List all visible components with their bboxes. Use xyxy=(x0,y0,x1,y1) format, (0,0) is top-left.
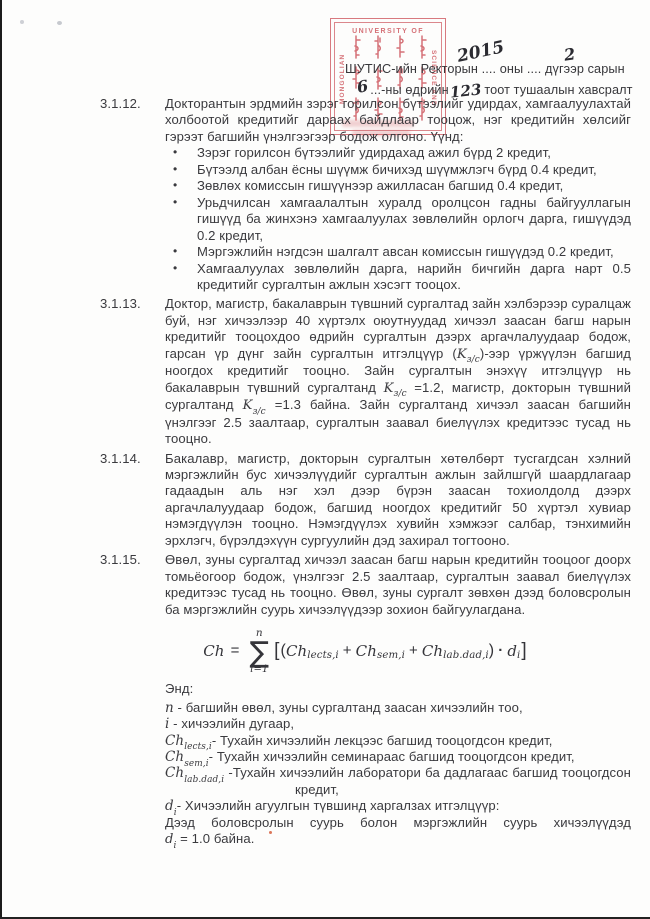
definition-text: - Хичээлийн агуулгын түвшинд харгалзах и… xyxy=(177,798,500,813)
clause-3-1-12: 3.1.12. Докторантын эрдмийн зэрэг горилс… xyxy=(100,96,631,293)
definition-subscript: lects,i xyxy=(184,742,212,752)
formula-definitions: Энд: n - багшийн өвөл, зуны сургалтанд з… xyxy=(165,681,631,849)
definition-subscript: sem,i xyxy=(184,759,208,769)
closing-line-2: di = 1.0 байна. xyxy=(165,831,631,848)
handwritten-month: 2 xyxy=(563,44,577,64)
list-item-text: Зөвлөх комиссын гишүүнээр ажилласан багш… xyxy=(197,178,563,193)
definition-text: - Тухайн хичээлийн семинараас багшид тоо… xyxy=(209,749,575,764)
list-item-text: Хамгаалуулах зөвлөлийн дарга, нарийн бич… xyxy=(197,261,631,292)
definition-ch-lects: Chlects,i- Тухайн хичээлийн лекцээс багш… xyxy=(165,733,631,749)
list-item-text: Зэрэг горилсон бүтээлийг удирдахад ажил … xyxy=(197,145,551,160)
handwritten-day: 6 xyxy=(355,76,369,97)
definition-i: i - хичээлийн дугаар, xyxy=(165,716,631,732)
list-item-text: Бүтээлд албан ёсны шүүмж бичихэд шүүмжлэ… xyxy=(197,162,597,177)
order-reference: ШУТИС-ийн Ректорын .... оны .... дүгээр … xyxy=(345,60,643,100)
summation-symbol: n ∑ i=1 xyxy=(249,628,269,675)
definition-variable: Ch xyxy=(165,733,184,749)
clause-number: 3.1.14. xyxy=(100,451,165,550)
order-reference-line2-pre: ...-ны өдрийн xyxy=(370,83,448,97)
list-item: •Мэргэжлийн нэгдсэн шалгалт авсан комисс… xyxy=(165,244,631,260)
plus-sign: + xyxy=(409,643,418,659)
definitions-intro: Энд: xyxy=(165,681,631,697)
scan-edge-left xyxy=(0,0,2,919)
definition-subscript: i xyxy=(174,808,177,818)
clause-text: Доктор, магистр, бакалаврын түвшний сург… xyxy=(165,296,631,447)
definition-variable: Ch xyxy=(165,765,184,781)
definition-d: di- Хичээлийн агуулгын түвшинд харгалзах… xyxy=(165,798,631,814)
bullet-marker: • xyxy=(173,194,177,210)
clause-number: 3.1.15. xyxy=(100,552,165,618)
clause-3-1-13: 3.1.13. Доктор, магистр, бакалаврын түвш… xyxy=(100,296,631,447)
bullet-marker: • xyxy=(173,177,177,193)
list-item-text: Мэргэжлийн нэгдсэн шалгалт авсан комиссы… xyxy=(197,244,614,259)
scanned-document-page: UNIVERSITY OF MONGOLIAN SCIENCE AND xyxy=(0,0,650,919)
definition-ch-sem: Chsem,i- Тухайн хичээлийн семинараас баг… xyxy=(165,749,631,765)
term-base: Ch xyxy=(286,643,307,659)
clause-text: Өвөл, зуны сургалтад хичээл заасан багш … xyxy=(165,552,631,618)
scan-speck xyxy=(57,21,62,25)
definition-variable: n xyxy=(165,700,174,716)
clause-3-1-15: 3.1.15. Өвөл, зуны сургалтад хичээл заас… xyxy=(100,552,631,618)
list-item: •Зөвлөх комиссын гишүүнээр ажилласан баг… xyxy=(165,178,631,194)
definition-ch-lab: Chlab.dad,i -Тухайн хичээлийн лаборатори… xyxy=(165,765,631,798)
term-base: Ch xyxy=(422,643,443,659)
bullet-marker: • xyxy=(173,161,177,177)
formula-lhs: Ch xyxy=(203,643,224,659)
formula-equals: = xyxy=(231,643,240,659)
term-base: Ch xyxy=(356,643,377,659)
definition-text: - багшийн өвөл, зуны сургалтанд заасан х… xyxy=(174,700,523,715)
definition-subscript: lab.dad,i xyxy=(184,775,224,785)
order-reference-line1: ШУТИС-ийн Ректорын .... оны .... дүгээр … xyxy=(345,60,643,79)
order-reference-line2-post: тоот тушаалын хавсралт xyxy=(484,83,632,97)
credit-bullet-list: •Зэрэг горилсон бүтээлийг удирдахад ажил… xyxy=(165,145,631,293)
close-paren: ) xyxy=(489,643,494,659)
closing-line-1: Дээд боловсролын суурь болон мэргэжлийн … xyxy=(165,815,631,831)
definition-text: - Тухайн хичээлийн лекцээс багшид тооцог… xyxy=(212,733,553,748)
close-bracket: ] xyxy=(521,643,526,659)
credit-sum-formula: Ch = n ∑ i=1 [(Chlects,i+Chsem,i+Chlab.d… xyxy=(100,628,631,675)
list-item: •Хамгаалуулах зөвлөлийн дарга, нарийн би… xyxy=(165,261,631,294)
definition-variable: d xyxy=(165,798,174,814)
bullet-marker: • xyxy=(173,260,177,276)
bullet-marker: • xyxy=(173,144,177,160)
scan-speck xyxy=(20,20,24,24)
list-item: •Урьдчилсан хамгаалалтын хуралд оролцсон… xyxy=(165,195,631,244)
term-base: d xyxy=(507,643,517,659)
list-item: •Зэрэг горилсон бүтээлийг удирдахад ажил… xyxy=(165,145,631,161)
clause-text: Докторантын эрдмийн зэрэг горилсон бүтээ… xyxy=(165,96,631,145)
list-item-text: Урьдчилсан хамгаалалтын хуралд оролцсон … xyxy=(197,195,631,243)
sigma-glyph: ∑ xyxy=(249,640,269,665)
plus-sign: + xyxy=(343,643,352,659)
document-body: 3.1.12. Докторантын эрдмийн зэрэг горилс… xyxy=(100,96,631,849)
list-item: •Бүтээлд албан ёсны шүүмж бичихэд шүүмжл… xyxy=(165,162,631,178)
clause-text: Бакалавр, магистр, докторын сургалтын хө… xyxy=(165,451,631,550)
definition-text: -Тухайн хичээлийн лаборатори ба дадлагаа… xyxy=(224,765,631,796)
multiply-dot: · xyxy=(498,643,503,659)
bullet-marker: • xyxy=(173,243,177,259)
order-reference-line1-text: ШУТИС-ийн Ректорын .... оны .... дүгээр … xyxy=(345,62,625,76)
clause-3-1-14: 3.1.14. Бакалавр, магистр, докторын сург… xyxy=(100,451,631,550)
definition-n: n - багшийн өвөл, зуны сургалтанд заасан… xyxy=(165,700,631,716)
clause-number: 3.1.12. xyxy=(100,96,165,293)
definition-variable: Ch xyxy=(165,749,184,765)
open-bracket: [ xyxy=(274,643,279,659)
sum-lower-limit: i=1 xyxy=(250,665,268,675)
clause-number: 3.1.13. xyxy=(100,296,165,447)
definition-text: - хичээлийн дугаар, xyxy=(169,716,294,731)
